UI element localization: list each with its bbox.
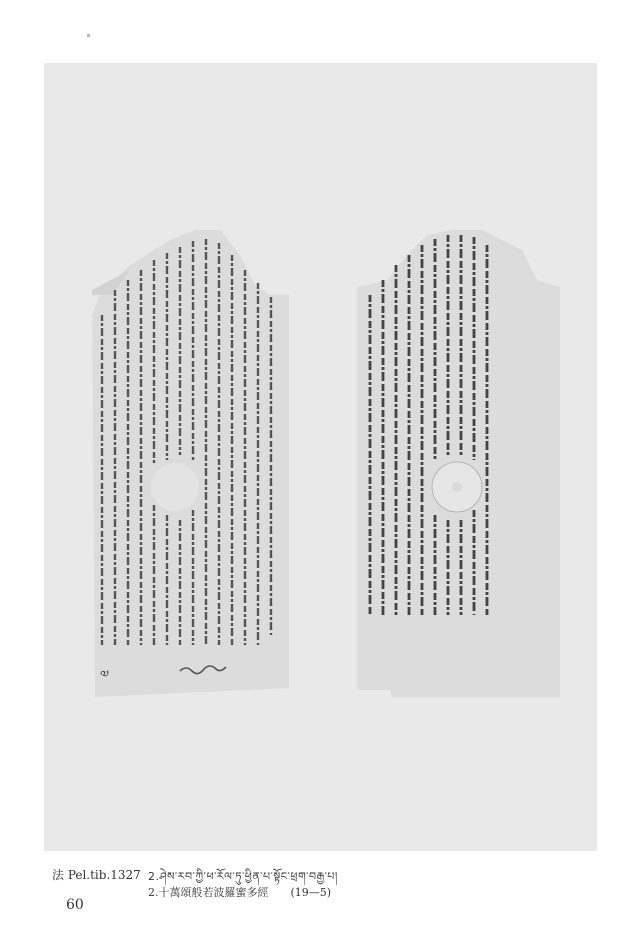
manuscript-leaf-left: ༧ [90, 225, 295, 705]
manuscript-leaf-right [352, 225, 564, 703]
chinese-title: 2.十萬頌般若波羅蜜多經 [148, 886, 269, 899]
sequence-number: (19—5) [291, 886, 332, 899]
chinese-title-line: 2.十萬頌般若波羅蜜多經(19—5) [148, 884, 331, 900]
page-number: 60 [66, 897, 84, 913]
marginal-folio-mark: ༧ [100, 668, 109, 684]
shelfmark-label: 法 Pel.tib.1327 [52, 866, 141, 883]
scan-speck [87, 34, 90, 37]
